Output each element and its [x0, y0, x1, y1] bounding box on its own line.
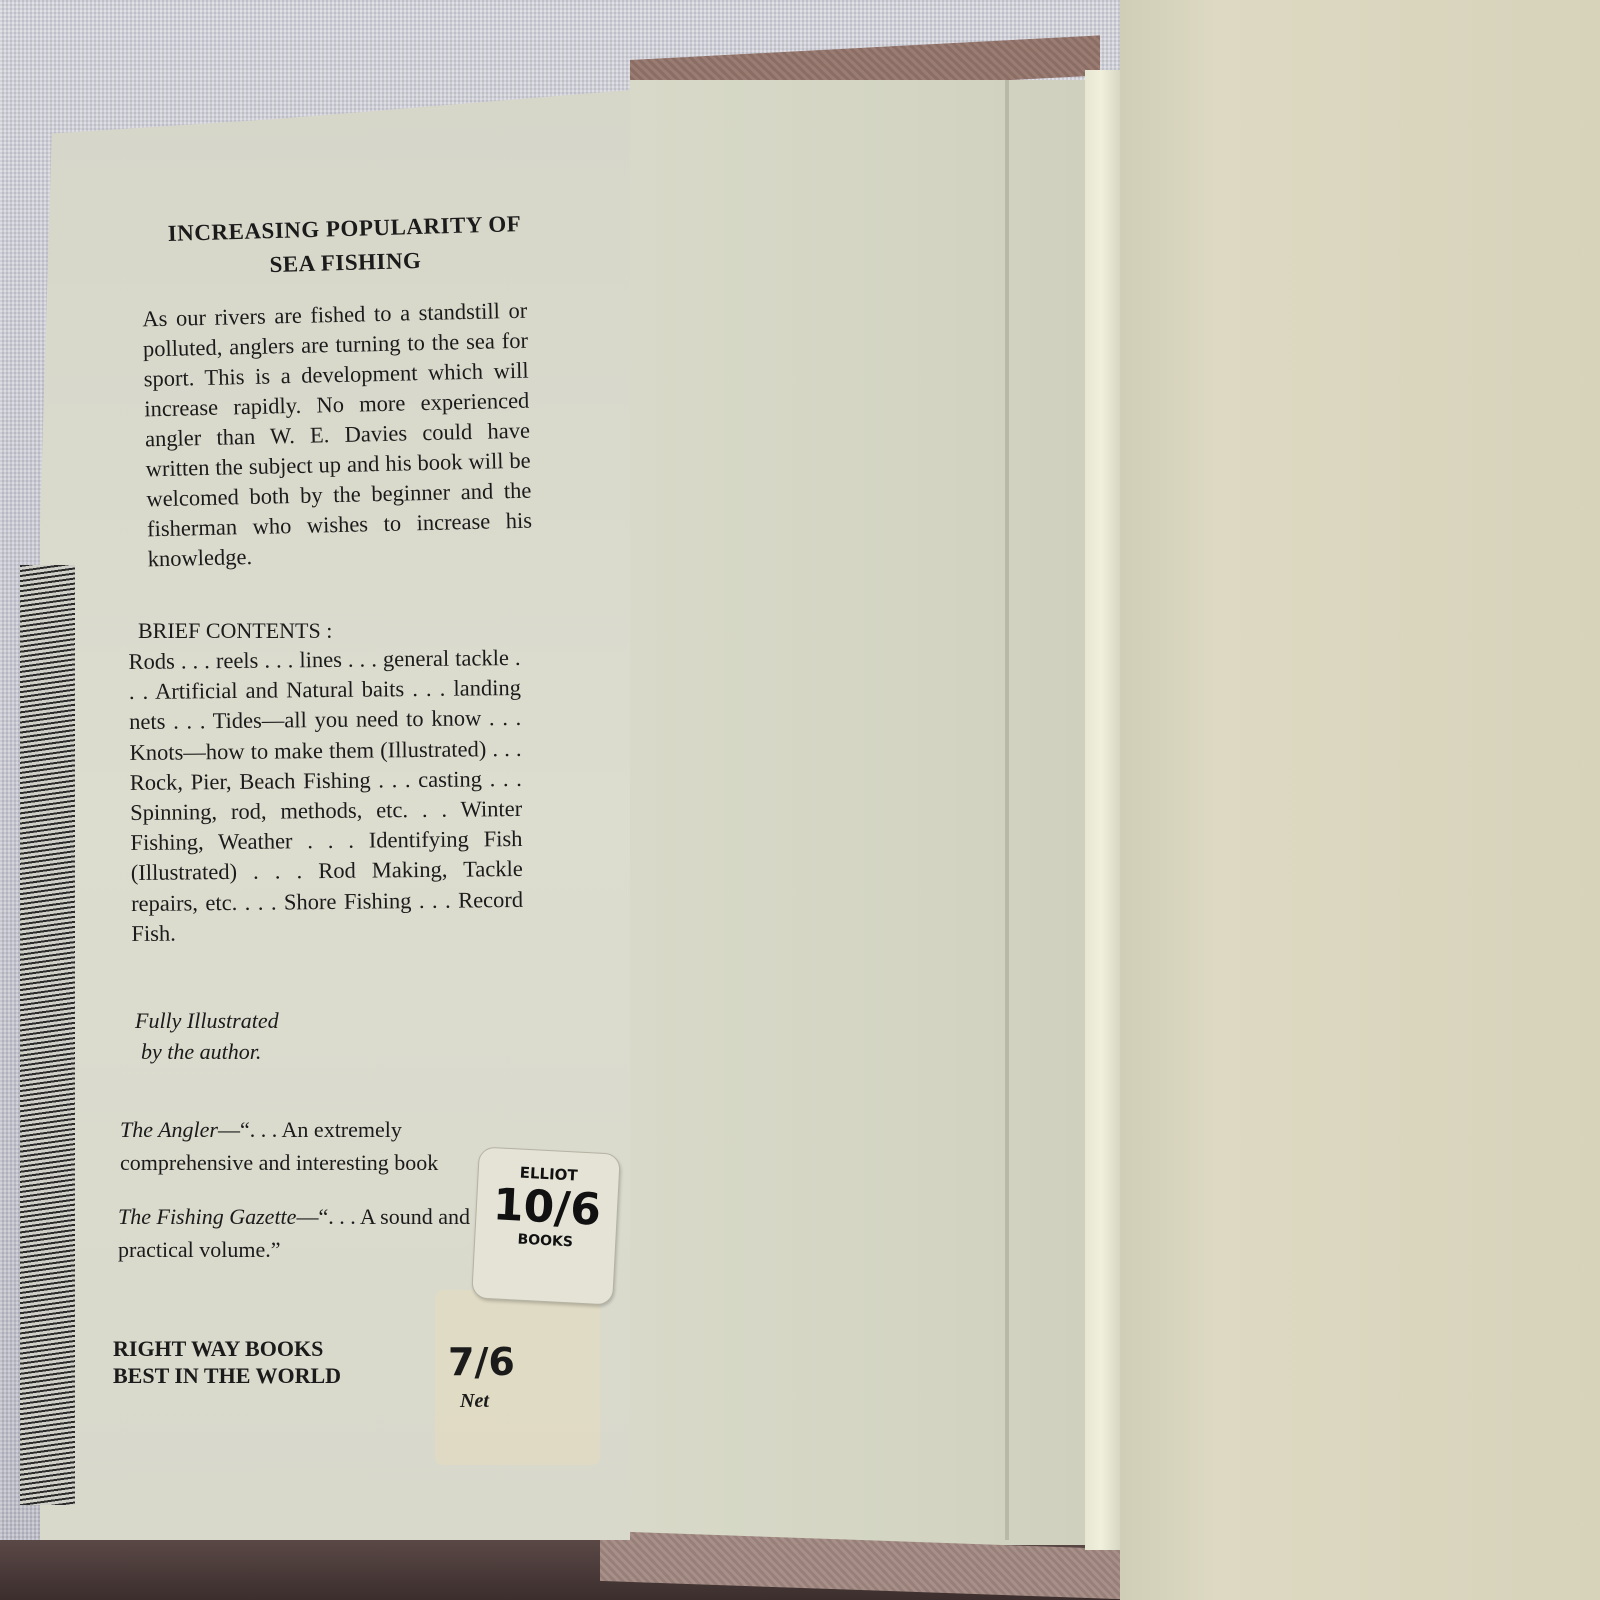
- review-source: The Angler: [120, 1117, 218, 1142]
- free-endpaper: [1120, 0, 1600, 1600]
- front-endpaper: [630, 80, 1090, 1545]
- publisher-line-2: BEST IN THE WORLD: [113, 1362, 341, 1389]
- flap-intro: As our rivers are fished to a standstill…: [142, 296, 533, 575]
- price-note: Net: [460, 1390, 489, 1413]
- endpaper-hinge: [1005, 80, 1009, 1540]
- printed-price: 7/6: [448, 1340, 515, 1384]
- review-source: The Fishing Gazette: [118, 1204, 296, 1229]
- publisher-line-1: RIGHT WAY BOOKS: [113, 1335, 341, 1362]
- review-angler: The Angler—“. . . An extremely comprehen…: [120, 1113, 520, 1179]
- illustrated-note: Fully Illustrated by the author.: [135, 1005, 279, 1067]
- flap-heading: INCREASING POPULARITY OF SEA FISHING: [149, 207, 541, 286]
- contents-title: BRIEF CONTENTS :: [138, 618, 332, 644]
- bookshop-price-sticker: ELLIOT 10/6 BOOKS: [471, 1146, 621, 1305]
- sticker-price: 10/6: [476, 1179, 618, 1236]
- review-fishing-gazette: The Fishing Gazette—“. . . A sound and p…: [118, 1200, 478, 1266]
- book-gutter: [1085, 70, 1125, 1550]
- contents-list: Rods . . . reels . . . lines . . . gener…: [128, 643, 523, 949]
- publisher-slogan: RIGHT WAY BOOKS BEST IN THE WORLD: [113, 1335, 341, 1389]
- wave-pattern-strip: [20, 565, 75, 1505]
- illustrated-line-2: by the author.: [135, 1036, 279, 1067]
- illustrated-line-1: Fully Illustrated: [135, 1005, 279, 1036]
